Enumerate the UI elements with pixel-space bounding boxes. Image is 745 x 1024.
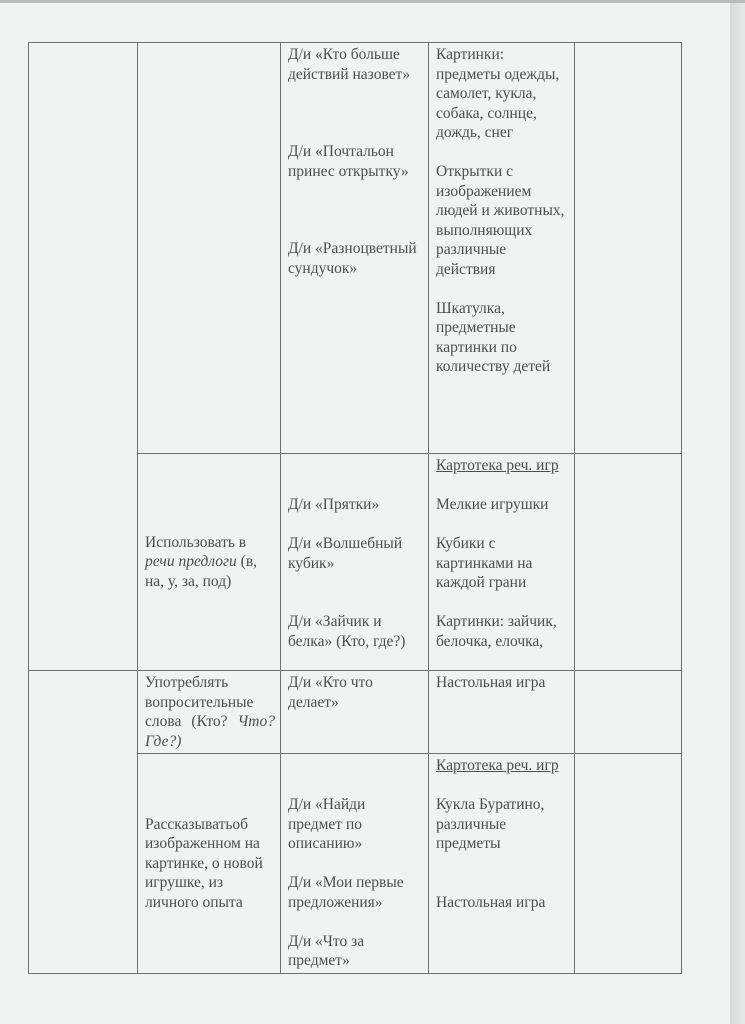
material-item: Картинки: предметы одежды, самолет, кукл…: [436, 45, 569, 143]
notes-cell: [575, 43, 682, 454]
goal-cell: [138, 43, 281, 454]
materials-cell: Картинки: предметы одежды, самолет, кукл…: [429, 43, 575, 454]
goal-cell: Употреблять вопросительные слова (Кто? Ч…: [138, 671, 281, 754]
material-item: Картинки: зайчик, белочка, елочка,: [436, 612, 569, 651]
material-item: Открытки с изображением людей и животных…: [436, 162, 569, 279]
table-row: Д/и «Кто больше действий назовет» Д/и «П…: [29, 43, 682, 454]
goal-text: Использовать в: [145, 534, 246, 551]
material-item: Мелкие игрушки: [436, 495, 569, 515]
game-item: Д/и «Кто больше действий назовет»: [288, 45, 423, 84]
game-item: Д/и «Почтальон принес открытку»: [288, 142, 423, 181]
scan-top-border: [0, 0, 745, 3]
material-item: Кубики с картинками на каждой грани: [436, 534, 569, 593]
goal-text: Рассказыватьоб изображенном на картинке,…: [145, 815, 275, 913]
material-item: Настольная игра: [436, 893, 569, 913]
game-item: Д/и «Что за предмет»: [288, 932, 423, 971]
games-cell: Д/и «Прятки» Д/и «Волшебный кубик» Д/и «…: [281, 454, 429, 671]
games-cell: Д/и «Найди предмет по описанию» Д/и «Мои…: [281, 754, 429, 974]
notes-cell: [575, 454, 682, 671]
table-row: Употреблять вопросительные слова (Кто? Ч…: [29, 671, 682, 754]
material-item: Шкатулка, предметные картинки по количес…: [436, 299, 569, 377]
materials-cell: Картотека реч. игр Мелкие игрушки Кубики…: [429, 454, 575, 671]
game-item: Д/и «Найди предмет по описанию»: [288, 795, 423, 854]
games-cell: Д/и «Кто больше действий назовет» Д/и «П…: [281, 43, 429, 454]
page-edge-shadow: [730, 0, 745, 1024]
goal-cell: Использовать в речи предлоги (в, на, у, …: [138, 454, 281, 671]
game-item: Д/и «Разноцветный сундучок»: [288, 239, 423, 278]
materials-cell: Настольная игра: [429, 671, 575, 754]
activity-table: Д/и «Кто больше действий назовет» Д/и «П…: [28, 42, 682, 974]
notes-cell: [575, 671, 682, 754]
goal-text-italic: речи предлоги: [145, 553, 237, 570]
card-index-link[interactable]: Картотека реч. игр: [436, 756, 569, 776]
games-cell: Д/и «Кто что делает»: [281, 671, 429, 754]
section-cell: [29, 671, 138, 974]
game-item: Д/и «Мои первые предложения»: [288, 873, 423, 912]
game-item: Д/и «Волшебный кубик»: [288, 534, 423, 573]
game-item: Д/и «Зайчик и белка» (Кто, где?): [288, 612, 423, 651]
game-item: Д/и «Кто что делает»: [288, 673, 423, 712]
card-index-link[interactable]: Картотека реч. игр: [436, 456, 569, 476]
notes-cell: [575, 754, 682, 974]
material-item: Кукла Буратино, различные предметы: [436, 795, 569, 854]
goal-cell: Рассказыватьоб изображенном на картинке,…: [138, 754, 281, 974]
section-cell: [29, 43, 138, 671]
material-item: Настольная игра: [436, 673, 569, 693]
game-item: Д/и «Прятки»: [288, 495, 423, 515]
materials-cell: Картотека реч. игр Кукла Буратино, разли…: [429, 754, 575, 974]
